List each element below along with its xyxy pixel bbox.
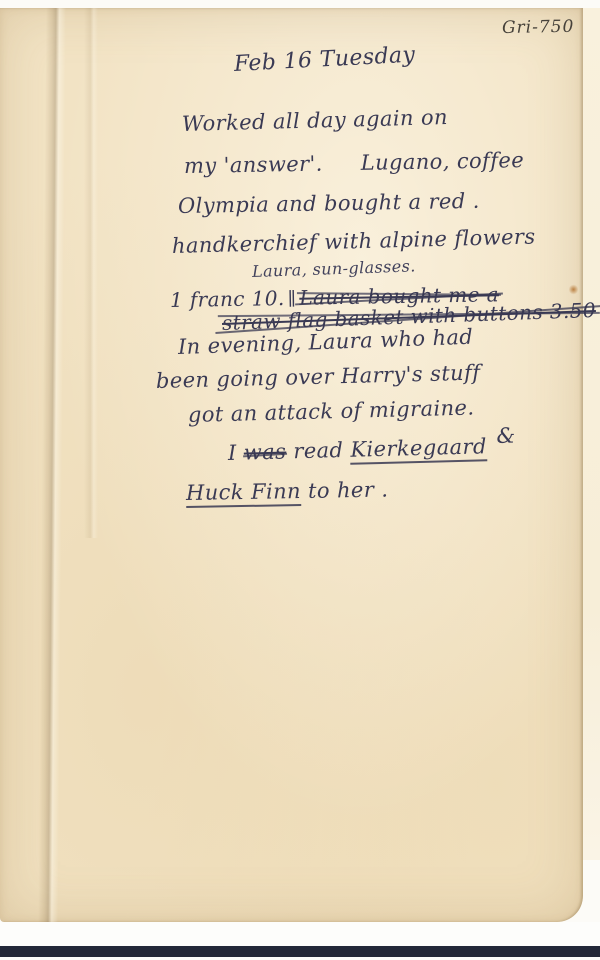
struck-text: was: [243, 439, 286, 464]
underlying-page-edge: [583, 8, 600, 860]
diary-line: I was read Kierkegaard&: [228, 433, 516, 465]
interlinear-insertion: Laura, sun-glasses.: [252, 256, 416, 281]
scanned-diary-screenshot: { "scan": { "catalog_number": "Gri-750",…: [0, 0, 600, 960]
price-note: 1 franc 10.: [170, 286, 285, 312]
date-heading: Feb 16 Tuesday: [233, 43, 416, 77]
line2-second-part: Lugano, coffee: [361, 148, 525, 175]
scanner-edge-band: [0, 946, 600, 957]
diary-line: Olympia and bought a red .: [178, 189, 480, 218]
ampersand-mark: &: [496, 423, 516, 447]
line11-rest: to her .: [308, 477, 389, 502]
line10-pronoun: I: [228, 441, 237, 465]
catalog-number: Gri-750: [502, 17, 575, 38]
insertion-caret: ∥: [287, 289, 296, 310]
diary-line: got an attack of migraine.: [188, 396, 475, 427]
diary-line: my 'answer'.Lugano, coffee: [184, 148, 524, 178]
vertical-fold-crease: [38, 8, 66, 922]
line2-first-part: my 'answer'.: [184, 152, 323, 178]
faint-fold-crease: [84, 8, 98, 538]
underlined-title: Huck Finn: [186, 479, 301, 508]
handwriting-gap: [323, 170, 361, 171]
underlined-title: Kierkegaard: [350, 434, 487, 465]
diary-page: Gri-750 Feb 16 Tuesday Worked all day ag…: [0, 8, 583, 922]
diary-line: Worked all day again on: [182, 105, 449, 136]
diary-line: been going over Harry's stuff: [156, 361, 481, 393]
diary-line: handkerchief with alpine flowers: [172, 224, 536, 258]
diary-line: Huck Finn to her .: [186, 477, 389, 505]
line10-verb: read: [293, 438, 344, 463]
foxing-stain: [569, 284, 578, 295]
